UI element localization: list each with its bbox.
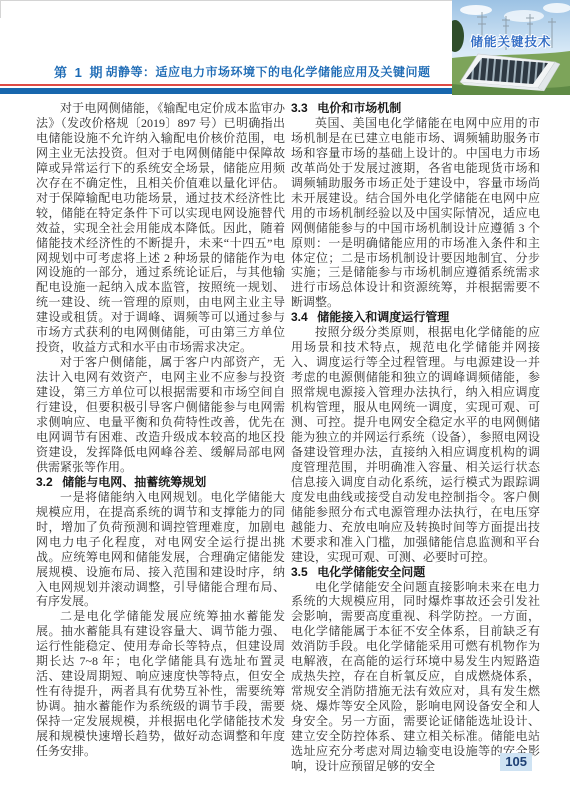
banner-caption: 储能关键技术 — [452, 32, 570, 50]
left-column: 对于电网侧储能，《输配电定价成本监审办法》（发改价格规〔2019〕897 号）已… — [36, 101, 285, 759]
paragraph-pumped-storage-coordination: 二是电化学储能发展应统筹抽水蓄能发展。抽水蓄能具有建设容量大、调节能力强、运行性… — [36, 609, 285, 759]
paragraph-dispatch-management: 按照分级分类原则，根据电化学储能的应用场景和技术特点，规范电化学储能并网接入、调… — [291, 325, 540, 564]
page-number: 105 — [500, 753, 532, 771]
banner-image: 储能关键技术 — [452, 0, 570, 95]
section-heading-3-3: 3.3电价和市场机制 — [291, 101, 540, 116]
section-title: 电化学储能安全问题 — [317, 565, 425, 579]
section-heading-3-4: 3.4储能接入和调度运行管理 — [291, 310, 540, 325]
paragraph-customer-side-storage: 对于客户侧储能，属于客户内部资产，无法计入电网有效资产，电网主业不应参与投资建设… — [36, 355, 285, 475]
section-number: 3.4 — [291, 310, 308, 324]
section-heading-3-5: 3.5电化学储能安全问题 — [291, 565, 540, 580]
running-title: 胡静等：适应电力市场环境下的电化学储能应用及关键问题 — [88, 63, 448, 80]
section-title: 储能接入和调度运行管理 — [317, 310, 449, 324]
section-number: 3.5 — [291, 565, 308, 579]
section-title: 储能与电网、抽蓄统筹规划 — [62, 475, 206, 489]
section-number: 3.3 — [291, 101, 308, 115]
paragraph-safety-issues: 电化学储能安全问题直接影响未来在电力系统的大规模应用，同时爆炸事故还会引发社会影… — [291, 580, 540, 774]
right-column: 3.3电价和市场机制 英国、美国电化学储能在电网中应用的市场机制是在已建立电能市… — [291, 101, 540, 774]
section-heading-3-2: 3.2储能与电网、抽蓄统筹规划 — [36, 475, 285, 490]
paragraph-market-mechanism: 英国、美国电化学储能在电网中应用的市场机制是在已建立电能市场、调频辅助服务市场和… — [291, 116, 540, 310]
paragraph-grid-side-storage: 对于电网侧储能，《输配电定价成本监审办法》（发改价格规〔2019〕897 号）已… — [36, 101, 285, 355]
paragraph-storage-grid-planning: 一是将储能纳入电网规划。电化学储能大规模应用，在提高系统的调节和支撑能力的同时，… — [36, 490, 285, 610]
section-number: 3.2 — [36, 475, 53, 489]
section-title: 电价和市场机制 — [317, 101, 401, 115]
scan-edge-left — [0, 0, 1, 18]
